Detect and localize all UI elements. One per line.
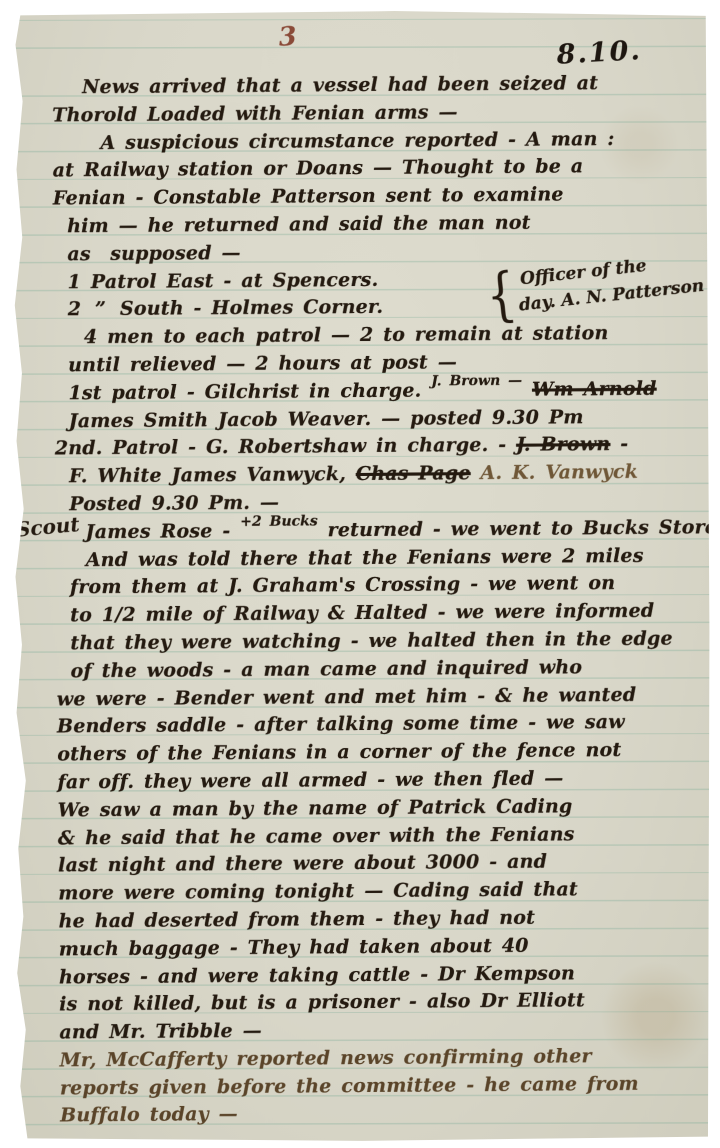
text-segment: to 1/2 mile of Railway & Halted - we wer… [70,600,654,627]
text-segment: 1 Patrol East - at Spencers. [67,268,378,292]
text-segment: from them at J. Graham's Crossing - we w… [70,572,616,598]
text-segment: And was told there that the Fenians were… [86,544,644,570]
text-segment: at Railway station or Doans — Thought to… [53,156,584,182]
text-segment: 4 men to each patrol — 2 to remain at st… [84,322,609,348]
text-segment: reports given before the committee - he … [60,1073,639,1100]
manuscript-line: 1st patrol - Gilchrist in charge. J. Bro… [68,375,704,408]
text-segment: others of the Fenians in a corner of the… [57,739,621,765]
text-segment: he had deserted from them - they had not [58,907,535,933]
inserted-text-above-line: +2 Bucks [240,513,318,530]
text-segment: last night and there were about 3000 - a… [58,851,547,877]
text-segment: A suspicious circumstance reported - A m… [100,128,614,154]
text-segment: Thorold Loaded with Fenian arms — [52,101,458,126]
text-segment: we were - Bender went and met him - & he… [57,683,637,710]
text-segment: & he said that he came over with the Fen… [58,823,575,849]
text-segment: as supposed — [67,242,241,265]
text-segment: James Rose - [85,520,240,543]
manuscript-page: 3 8.10. Scout { Officer of the day. A. N… [11,9,712,1143]
text-segment: We saw a man by the name of Patrick Cadi… [58,795,573,821]
page-number: 3 [278,22,298,53]
struck-text: Wm Arnold [532,377,657,400]
struck-text: J. Brown [516,433,610,456]
text-segment: 1st patrol - Gilchrist in charge. [68,379,431,404]
manuscript-line: James Rose - +2 Bucks returned - we went… [85,514,705,547]
manuscript-line: reports given before the committee - he … [60,1070,710,1103]
inserted-text-above-line: J. Brown — [431,372,522,389]
text-segment: 2nd. Patrol - G. Robertshaw in charge. - [55,434,516,460]
text-segment: is not killed, but is a prisoner - also … [59,990,585,1016]
text-segment: Mr, McCafferty reported news confirming … [60,1045,592,1071]
light-ink-text: A. K. Vanwyck [480,461,638,484]
text-segment: F. White James Vanwyck, [69,463,356,487]
text-segment: far off. they were all armed - we then f… [57,767,563,793]
text-segment: News arrived that a vessel had been seiz… [82,72,598,98]
text-segment: James Smith Jacob Weaver. — posted 9.30 … [69,406,584,432]
text-segment: Fenian - Constable Patterson sent to exa… [53,184,564,210]
manuscript-line: others of the Fenians in a corner of the… [57,736,707,769]
text-segment: him — he returned and said the man not [67,212,531,238]
manuscript-line: F. White James Vanwyck, Chas Page A. K. … [69,458,705,491]
text-segment: more were coming tonight — Cading said t… [58,878,578,904]
manuscript-scan: 3 8.10. Scout { Officer of the day. A. N… [0,0,720,1148]
struck-text: Chas Page [356,462,471,485]
text-segment: 2 ” South - Holmes Corner. [68,296,384,320]
text-segment: Buffalo today — [60,1103,238,1126]
text-segment: Benders saddle - after talking some time… [57,711,625,737]
manuscript-line: that they were watching - we halted then… [70,625,706,658]
manuscript-line: A suspicious circumstance reported - A m… [100,125,702,158]
text-segment: Posted 9.30 Pm. — [69,492,279,516]
text-segment: and Mr. Tribble — [59,1020,262,1044]
text-segment [522,378,532,400]
text-segment: - [610,433,628,455]
text-segment: until relieved — 2 hours at post — [68,351,457,376]
text-segment: much baggage - They had taken about 40 [59,934,529,960]
text-segment: returned - we went to Bucks Store [318,516,712,541]
text-segment: that they were watching - we halted then… [70,627,673,654]
manuscript-line: Buffalo today — [60,1098,710,1131]
manuscript-lines: News arrived that a vessel had been seiz… [11,69,711,1131]
text-segment: of the woods - a man came and inquired w… [71,656,583,682]
text-segment: horses - and were taking cattle - Dr Kem… [59,962,575,988]
time-heading: 8.10. [556,35,643,71]
